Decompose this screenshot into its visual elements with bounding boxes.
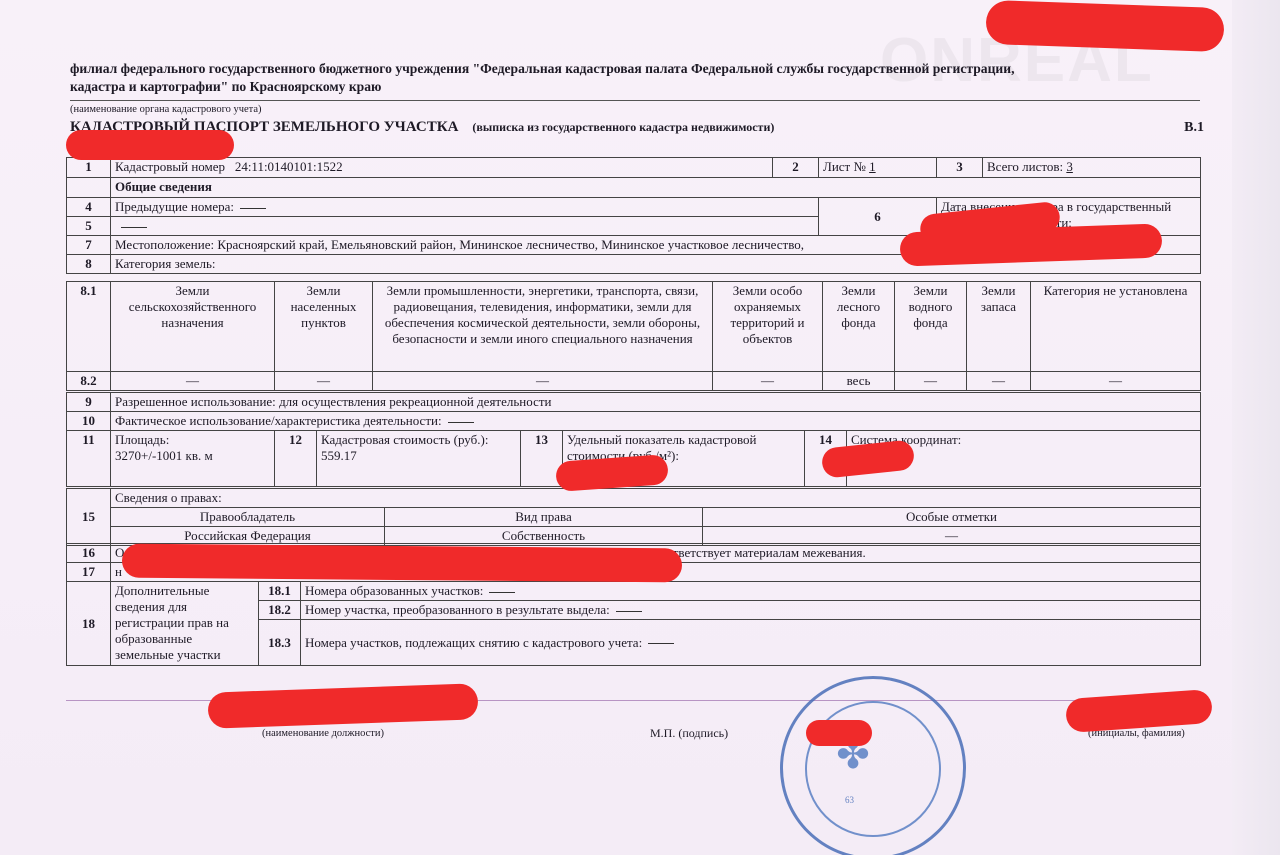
field-number: 18.1 bbox=[259, 582, 301, 601]
area: Площадь:3270+/-1001 кв. м bbox=[111, 431, 275, 487]
org-underline bbox=[70, 100, 1200, 101]
empty-dash bbox=[448, 422, 474, 423]
field-number: 8.1 bbox=[67, 282, 111, 372]
redaction-mark bbox=[806, 720, 872, 746]
redaction-mark bbox=[122, 544, 682, 583]
row-8-1: 8.1 Земли сельскохозяйственного назначен… bbox=[67, 282, 1201, 372]
category-value: — bbox=[895, 372, 967, 391]
category-protected: Земли особо охраняемых территорий и объе… bbox=[713, 282, 823, 372]
empty-dash bbox=[489, 592, 515, 593]
cadastral-number: Кадастровый номер 24:11:0140101:1522 bbox=[111, 158, 773, 178]
sheet-number: Лист № 1 bbox=[819, 158, 937, 178]
org-name-line-1: филиал федерального государственного бюд… bbox=[70, 60, 1200, 78]
field-number: 10 bbox=[67, 412, 111, 431]
formed-plots: Номера образованных участков: bbox=[301, 582, 1201, 601]
sheet-number-value: 1 bbox=[869, 159, 876, 174]
field-number: 15 bbox=[67, 489, 111, 546]
rights-table: 15 Сведения о правах: Правообладатель Ви… bbox=[66, 488, 1201, 546]
field-number: 8.2 bbox=[67, 372, 111, 391]
rights-holder-header: Правообладатель bbox=[111, 508, 385, 527]
field-number: 9 bbox=[67, 393, 111, 412]
document-header: филиал федерального государственного бюд… bbox=[70, 60, 1200, 136]
row-1: 1 Кадастровый номер 24:11:0140101:1522 2… bbox=[67, 158, 1201, 178]
category-reserve: Земли запаса bbox=[967, 282, 1031, 372]
land-category-table: 8.1 Земли сельскохозяйственного назначен… bbox=[66, 281, 1201, 391]
empty-dash bbox=[240, 208, 266, 209]
field-label: Разрешенное использование: bbox=[115, 394, 276, 409]
row-18-1: 18 Дополнительные сведения для регистрац… bbox=[67, 582, 1201, 601]
scan-edge bbox=[1232, 0, 1280, 855]
field-label: Площадь: bbox=[115, 432, 270, 448]
field-label: Номер участка, преобразованного в резуль… bbox=[305, 602, 610, 617]
row-9: 9 Разрешенное использование: для осущест… bbox=[67, 393, 1201, 412]
form-code: В.1 bbox=[1184, 120, 1204, 136]
category-value: — bbox=[967, 372, 1031, 391]
field-number: 5 bbox=[67, 217, 111, 236]
seal-caption: М.П. (подпись) bbox=[650, 726, 728, 741]
row-10: 10 Фактическое использование/характерист… bbox=[67, 412, 1201, 431]
category-agricultural: Земли сельскохозяйственного назначения bbox=[111, 282, 275, 372]
category-industry: Земли промышленности, энергетики, трансп… bbox=[373, 282, 713, 372]
row-15-label: 15 Сведения о правах: bbox=[67, 489, 1201, 508]
field-label: Фактическое использование/характеристика… bbox=[115, 413, 442, 428]
field-label: Номера образованных участков: bbox=[305, 583, 483, 598]
category-value: — bbox=[373, 372, 713, 391]
category-value-forest: весь bbox=[823, 372, 895, 391]
field-label: Всего листов: bbox=[987, 159, 1063, 174]
field-label: Местоположение: bbox=[115, 237, 214, 252]
field-label: Лист № bbox=[823, 159, 866, 174]
field-number: 7 bbox=[67, 236, 111, 255]
total-sheets: Всего листов: 3 bbox=[983, 158, 1201, 178]
empty-dash bbox=[616, 611, 642, 612]
field-number: 2 bbox=[773, 158, 819, 178]
area-value: 3270+/-1001 кв. м bbox=[115, 448, 270, 464]
field-label: Кадастровый номер bbox=[115, 159, 225, 174]
official-stamp: ✤ 63 bbox=[780, 676, 966, 855]
field-number: 18 bbox=[67, 582, 111, 666]
category-value: — bbox=[111, 372, 275, 391]
total-sheets-value: 3 bbox=[1066, 159, 1073, 174]
previous-numbers: Предыдущие номера: bbox=[111, 198, 819, 217]
rights-label: Сведения о правах: bbox=[111, 489, 1201, 508]
category-not-set: Категория не установлена bbox=[1031, 282, 1201, 372]
field-number: 3 bbox=[937, 158, 983, 178]
redaction-mark bbox=[66, 130, 234, 160]
section-general-heading: Общие сведения bbox=[111, 178, 1201, 198]
special-notes-header: Особые отметки bbox=[703, 508, 1201, 527]
field-number: 11 bbox=[67, 431, 111, 487]
field-number: 18.2 bbox=[259, 601, 301, 620]
category-settlements: Земли населенных пунктов bbox=[275, 282, 373, 372]
permitted-use: Разрешенное использование: для осуществл… bbox=[111, 393, 1201, 412]
field-number: 12 bbox=[275, 431, 317, 487]
actual-use: Фактическое использование/характеристика… bbox=[111, 412, 1201, 431]
field-number: 16 bbox=[67, 544, 111, 563]
field-number: 18.3 bbox=[259, 620, 301, 666]
field-number: 17 bbox=[67, 563, 111, 582]
row-8-2: 8.2 — — — — весь — — — bbox=[67, 372, 1201, 391]
plots-to-remove: Номера участков, подлежащих снятию с кад… bbox=[301, 620, 1201, 666]
field-number: 6 bbox=[819, 198, 937, 236]
transformed-plot: Номер участка, преобразованного в резуль… bbox=[301, 601, 1201, 620]
category-value: — bbox=[275, 372, 373, 391]
field-label: Кадастровая стоимость (руб.): bbox=[321, 432, 516, 448]
category-forest: Земли лесного фонда bbox=[823, 282, 895, 372]
row-15-headers: Правообладатель Вид права Особые отметки bbox=[67, 508, 1201, 527]
field-label: Номера участков, подлежащих снятию с кад… bbox=[305, 635, 642, 650]
redaction-mark bbox=[985, 0, 1224, 52]
org-name-line-2: кадастра и картографии" по Красноярскому… bbox=[70, 78, 1200, 96]
category-water: Земли водного фонда bbox=[895, 282, 967, 372]
permitted-use-value: для осуществления рекреационной деятельн… bbox=[279, 394, 551, 409]
category-value: — bbox=[1031, 372, 1201, 391]
empty-dash bbox=[121, 227, 147, 228]
title-row: КАДАСТРОВЫЙ ПАСПОРТ ЗЕМЕЛЬНОГО УЧАСТКА (… bbox=[70, 119, 1200, 136]
row-general: Общие сведения bbox=[67, 178, 1201, 198]
right-type-header: Вид права bbox=[385, 508, 703, 527]
field-number: 1 bbox=[67, 158, 111, 178]
cadastral-value-amount: 559.17 bbox=[321, 448, 516, 464]
stamp-number: 63 bbox=[845, 795, 854, 805]
location-value: Красноярский край, Емельяновский район, … bbox=[217, 237, 804, 252]
additional-info-label: Дополнительные сведения для регистрации … bbox=[111, 582, 259, 666]
field-number: 4 bbox=[67, 198, 111, 217]
empty-dash bbox=[648, 643, 674, 644]
org-caption: (наименование органа кадастрового учета) bbox=[70, 104, 1200, 115]
cadastral-number-value: 24:11:0140101:1522 bbox=[235, 159, 343, 174]
field-number: 8 bbox=[67, 255, 111, 274]
document-subtitle: (выписка из государственного кадастра не… bbox=[472, 120, 774, 135]
cadastral-value: Кадастровая стоимость (руб.):559.17 bbox=[317, 431, 521, 487]
field-label: Предыдущие номера: bbox=[115, 199, 234, 214]
category-value: — bbox=[713, 372, 823, 391]
position-caption: (наименование должности) bbox=[262, 728, 384, 739]
